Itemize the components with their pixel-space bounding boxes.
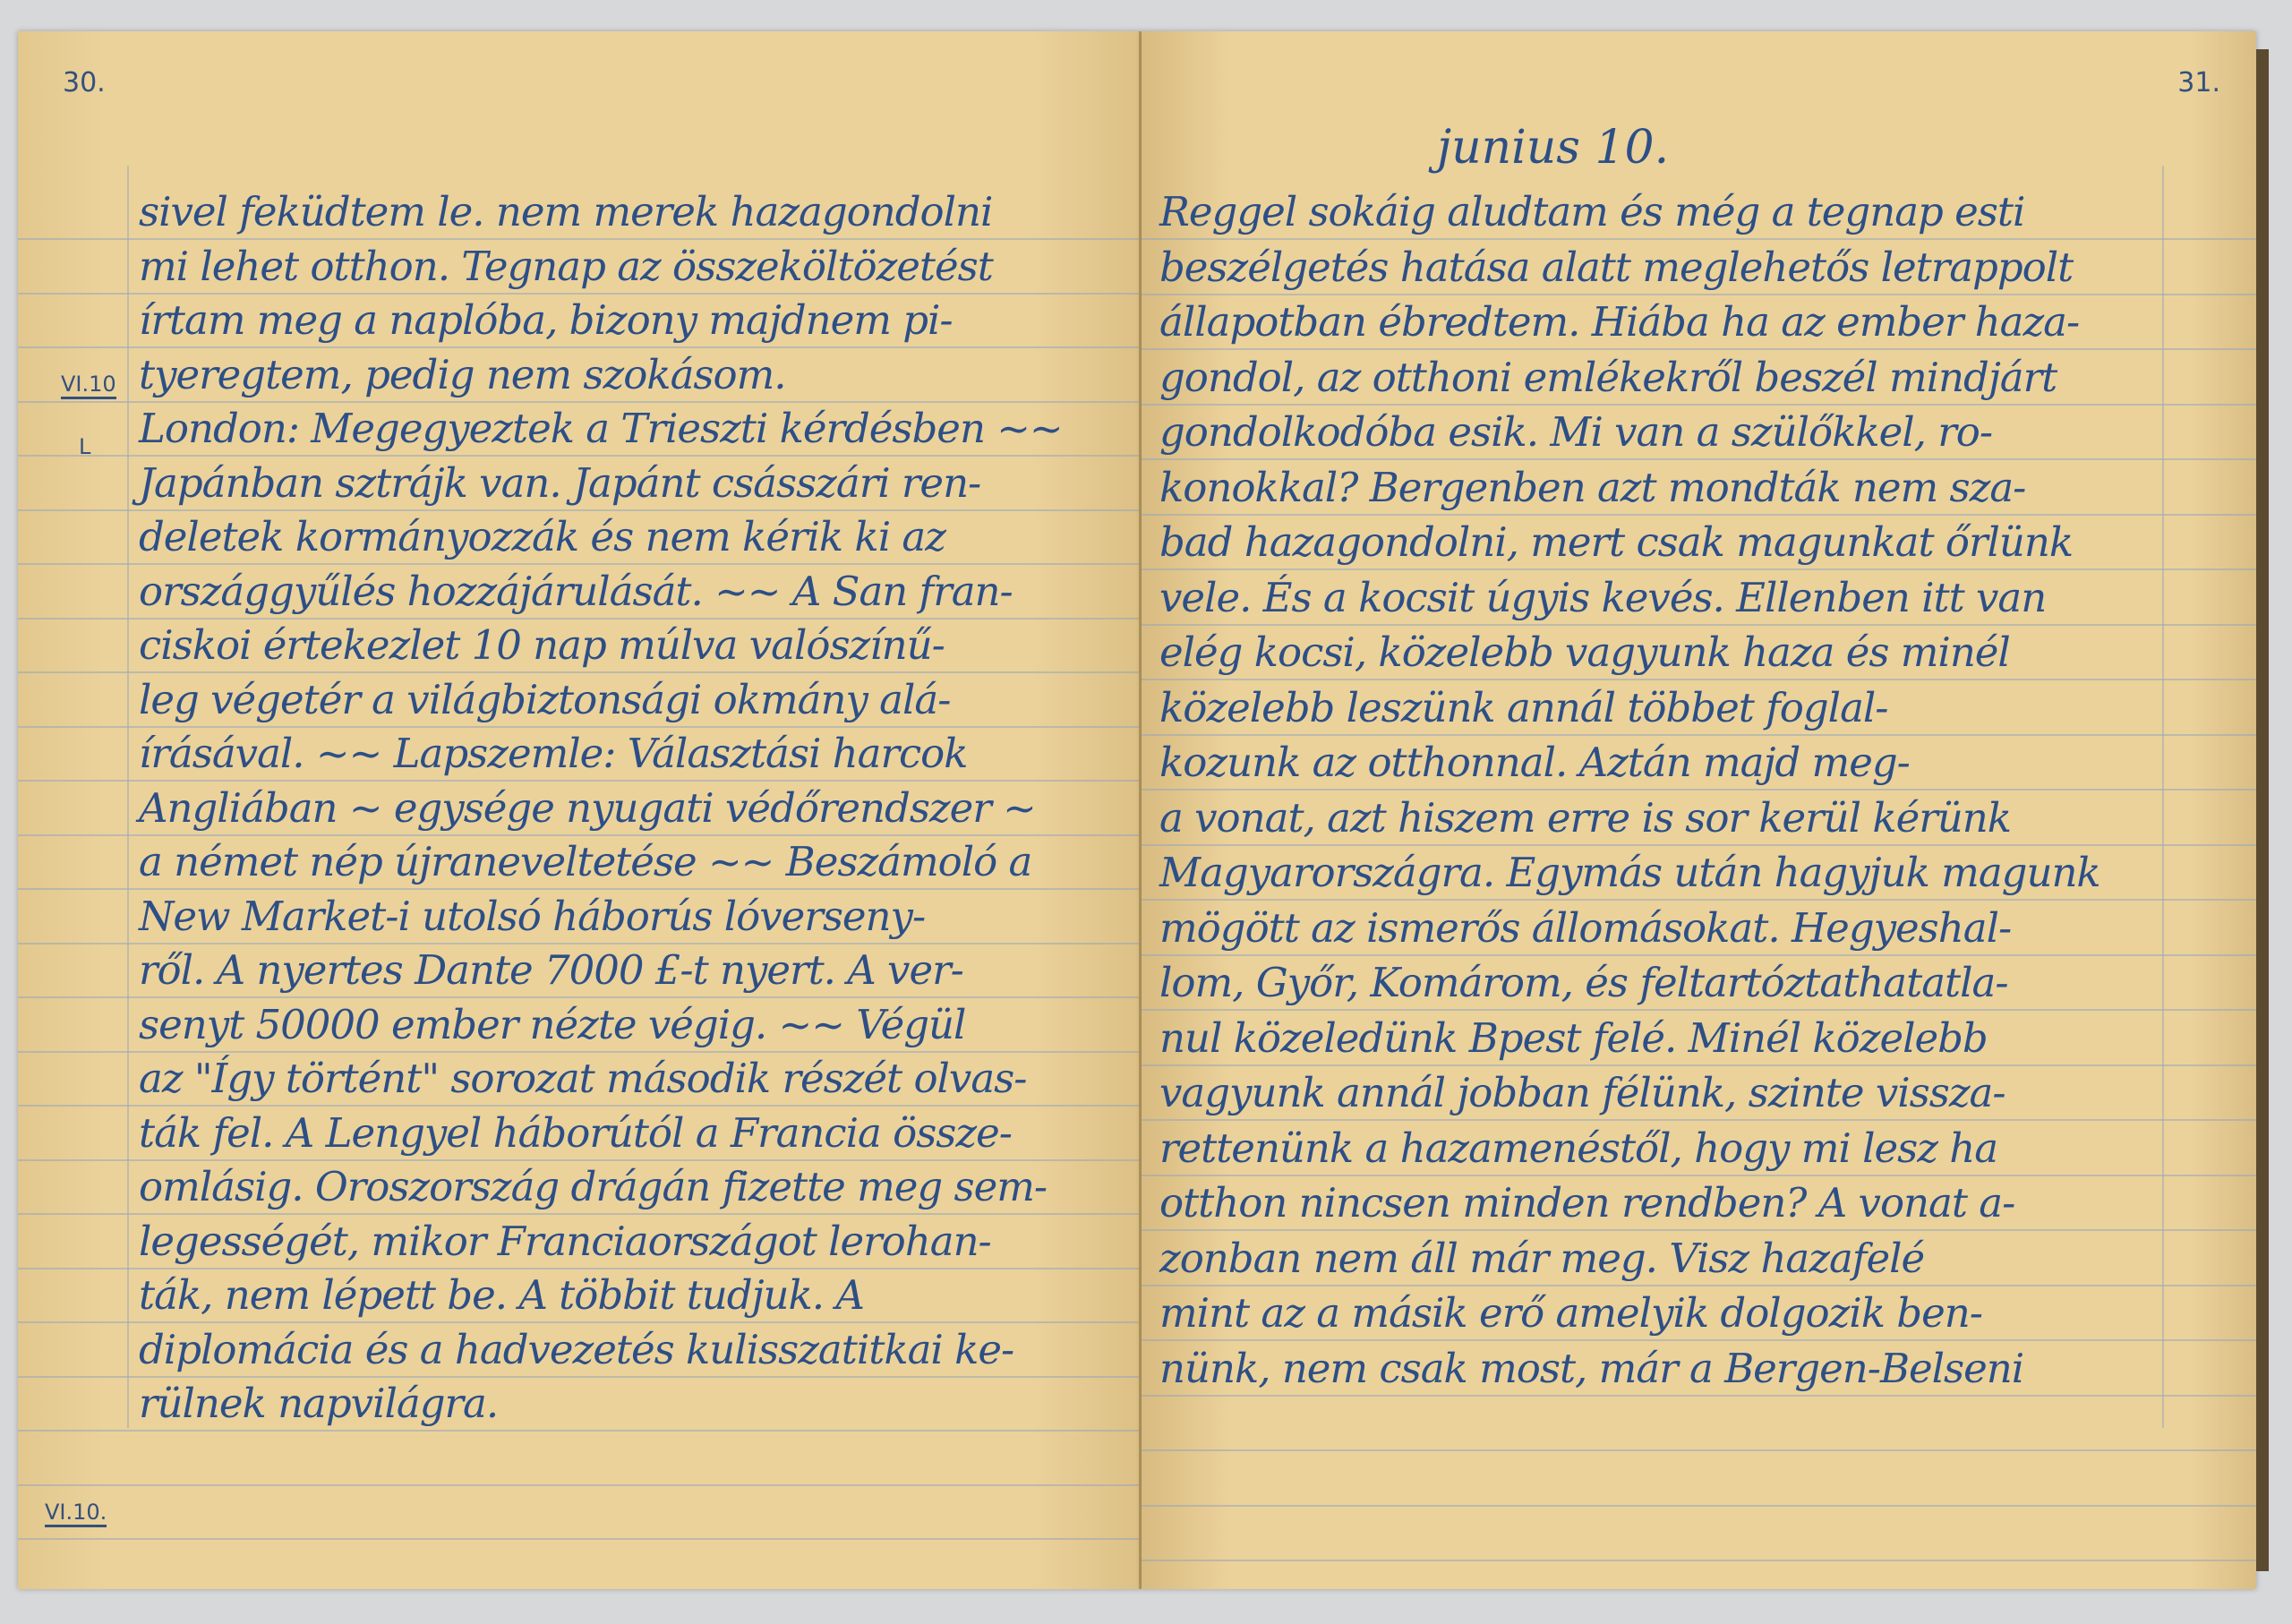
handwritten-line: a német nép újraneveltetése ~~ Beszámoló… xyxy=(139,838,1031,885)
ruled-line xyxy=(18,834,1142,836)
ruled-line xyxy=(18,1321,1142,1323)
ruled-line xyxy=(1142,1119,2256,1121)
handwritten-line: Japánban sztrájk van. Japánt csásszári r… xyxy=(139,459,980,507)
ruled-line xyxy=(1142,624,2256,626)
margin-date-note: VI.10 xyxy=(61,372,116,399)
handwritten-line: omlásig. Oroszország drágán fizette meg … xyxy=(139,1163,1047,1210)
handwritten-line: sivel feküdtem le. nem merek hazagondoln… xyxy=(139,188,992,235)
ruled-line xyxy=(1142,514,2256,516)
ruled-line xyxy=(18,455,1142,457)
handwritten-line: kozunk az otthonnal. Aztán majd meg- xyxy=(1159,739,1910,786)
handwritten-line: nul közeledünk Bpest felé. Minél közeleb… xyxy=(1159,1014,1988,1062)
ruled-line xyxy=(18,1484,1142,1486)
ruled-line xyxy=(18,401,1142,403)
handwritten-line: állapotban ébredtem. Hiába ha az ember h… xyxy=(1159,298,2079,346)
ruled-line xyxy=(18,293,1142,295)
ruled-line xyxy=(18,509,1142,511)
handwritten-line: beszélgetés hatása alatt meglehetős letr… xyxy=(1159,244,2073,291)
handwritten-line: ről. A nyertes Dante 7000 £-t nyert. A v… xyxy=(139,946,963,994)
ruled-line xyxy=(1142,679,2256,680)
ruled-line xyxy=(18,1430,1142,1432)
ruled-line xyxy=(1142,1285,2256,1286)
ruled-line xyxy=(18,1213,1142,1215)
open-diary-notebook: 30. VI.10 L VI.10. sivel feküdtem le. ne… xyxy=(18,31,2274,1598)
handwritten-line: az "Így történt" sorozat második részét … xyxy=(139,1055,1026,1102)
handwritten-line: közelebb leszünk annál többet foglal- xyxy=(1159,684,1888,731)
ruled-line xyxy=(18,563,1142,565)
ruled-line xyxy=(18,780,1142,782)
ruled-line xyxy=(1142,734,2256,736)
handwritten-line: deletek kormányozzák és nem kérik ki az xyxy=(139,513,945,560)
handwritten-line: mi lehet otthon. Tegnap az összeköltözet… xyxy=(139,243,993,290)
handwritten-line: ciskoi értekezlet 10 nap múlva valószínű… xyxy=(139,621,945,669)
ruled-line xyxy=(1142,568,2256,570)
handwritten-line: senyt 50000 ember nézte végig. ~~ Végül xyxy=(139,1001,965,1048)
right-page-number: 31. xyxy=(2177,67,2220,98)
ruled-line xyxy=(1142,1395,2256,1397)
handwritten-line: mint az a másik erő amelyik dolgozik ben… xyxy=(1159,1289,1982,1337)
ruled-line xyxy=(1142,954,2256,956)
ruled-line xyxy=(1142,348,2256,350)
ruled-line xyxy=(18,943,1142,944)
ruled-line xyxy=(1142,238,2256,240)
ruled-line xyxy=(1142,404,2256,406)
ruled-line xyxy=(1142,1560,2256,1561)
handwritten-line: ták, nem lépett be. A többit tudjuk. A xyxy=(139,1271,864,1319)
ruled-line xyxy=(18,1268,1142,1269)
ruled-line xyxy=(18,1105,1142,1107)
page-block-edge xyxy=(2256,49,2269,1571)
handwritten-line: gondol, az otthoni emlékekről beszél min… xyxy=(1159,354,2057,401)
handwritten-line: zonban nem áll már meg. Visz hazafelé xyxy=(1159,1235,1924,1282)
ruled-line xyxy=(1142,1339,2256,1341)
ruled-line xyxy=(18,238,1142,240)
ruled-line xyxy=(18,1538,1142,1540)
ruled-line xyxy=(1142,1175,2256,1176)
margin-date-note-bottom: VI.10. xyxy=(45,1500,107,1527)
handwritten-line: Reggel sokáig aludtam és még a tegnap es… xyxy=(1159,188,2024,235)
ruled-line xyxy=(1142,844,2256,846)
handwritten-line: legességét, mikor Franciaországot leroha… xyxy=(139,1218,991,1265)
ruled-line xyxy=(1142,1505,2256,1507)
handwritten-line: bad hazagondolni, mert csak magunkat őrl… xyxy=(1159,518,2073,566)
ruled-line xyxy=(18,888,1142,890)
handwritten-line: diplomácia és a hadvezetés kulisszatitka… xyxy=(139,1326,1013,1373)
ruled-line xyxy=(1142,789,2256,791)
ruled-line xyxy=(18,1159,1142,1161)
handwritten-line: írásával. ~~ Lapszemle: Választási harco… xyxy=(139,730,968,777)
ruled-line xyxy=(18,996,1142,998)
handwritten-line: országgyűlés hozzájárulását. ~~ A San fr… xyxy=(139,568,1013,615)
handwritten-line: ták fel. A Lengyel háborútól a Francia ö… xyxy=(139,1109,1012,1157)
ruled-line xyxy=(1142,1009,2256,1011)
handwritten-line: mögött az ismerős állomásokat. Hegyeshal… xyxy=(1159,904,2011,952)
ruled-line xyxy=(18,1051,1142,1053)
ruled-line xyxy=(18,346,1142,348)
ruled-line xyxy=(1142,1064,2256,1066)
handwritten-line: a vonat, azt hiszem erre is sor kerül ké… xyxy=(1159,794,2011,842)
handwritten-line: elég kocsi, közelebb vagyunk haza és min… xyxy=(1159,628,2010,676)
handwritten-line: vele. És a kocsit úgyis kevés. Ellenben … xyxy=(1159,574,2046,621)
handwritten-line: Angliában ~ egysége nyugati védőrendszer… xyxy=(139,784,1036,832)
handwritten-line: nünk, nem csak most, már a Bergen-Belsen… xyxy=(1159,1345,2023,1392)
right-page: 31. junius 10. Reggel sokáig aludtam és … xyxy=(1142,31,2256,1589)
handwritten-line: rettenünk a hazamenéstől, hogy mi lesz h… xyxy=(1159,1124,1997,1172)
handwritten-line: Magyarországra. Egymás után hagyjuk magu… xyxy=(1159,849,2100,896)
handwritten-line: vagyunk annál jobban félünk, szinte viss… xyxy=(1159,1069,2005,1116)
ruled-line xyxy=(18,1376,1142,1378)
margin-line xyxy=(2162,166,2164,1428)
handwritten-line: New Market-i utolsó háborús lóverseny- xyxy=(139,893,925,940)
handwritten-line: leg végetér a világbiztonsági okmány alá… xyxy=(139,676,950,723)
handwritten-line: lom, Győr, Komárom, és feltartóztathatat… xyxy=(1159,959,2008,1006)
left-page-number: 30. xyxy=(63,67,106,98)
ruled-line xyxy=(18,671,1142,673)
ruled-line xyxy=(1142,899,2256,901)
ruled-line xyxy=(18,618,1142,620)
entry-date-heading: junius 10. xyxy=(1437,121,1669,175)
handwritten-line: London: Megegyeztek a Trieszti kérdésben… xyxy=(139,405,1063,452)
handwritten-line: konokkal? Bergenben azt mondták nem sza- xyxy=(1159,464,2025,511)
ruled-line xyxy=(1142,458,2256,460)
ruled-line xyxy=(1142,1229,2256,1231)
handwritten-line: gondolkodóba esik. Mi van a szülőkkel, r… xyxy=(1159,408,1992,456)
handwritten-line: írtam meg a naplóba, bizony majdnem pi- xyxy=(139,296,953,344)
handwritten-line: otthon nincsen minden rendben? A vonat a… xyxy=(1159,1179,2014,1227)
handwritten-line: rülnek napvilágra. xyxy=(139,1380,498,1427)
margin-line xyxy=(127,166,129,1428)
handwritten-line: tyeregtem, pedig nem szokásom. xyxy=(139,351,786,398)
ruled-line xyxy=(18,726,1142,728)
left-page: 30. VI.10 L VI.10. sivel feküdtem le. ne… xyxy=(18,31,1142,1589)
ruled-line xyxy=(1142,1449,2256,1451)
ruled-line xyxy=(1142,294,2256,295)
